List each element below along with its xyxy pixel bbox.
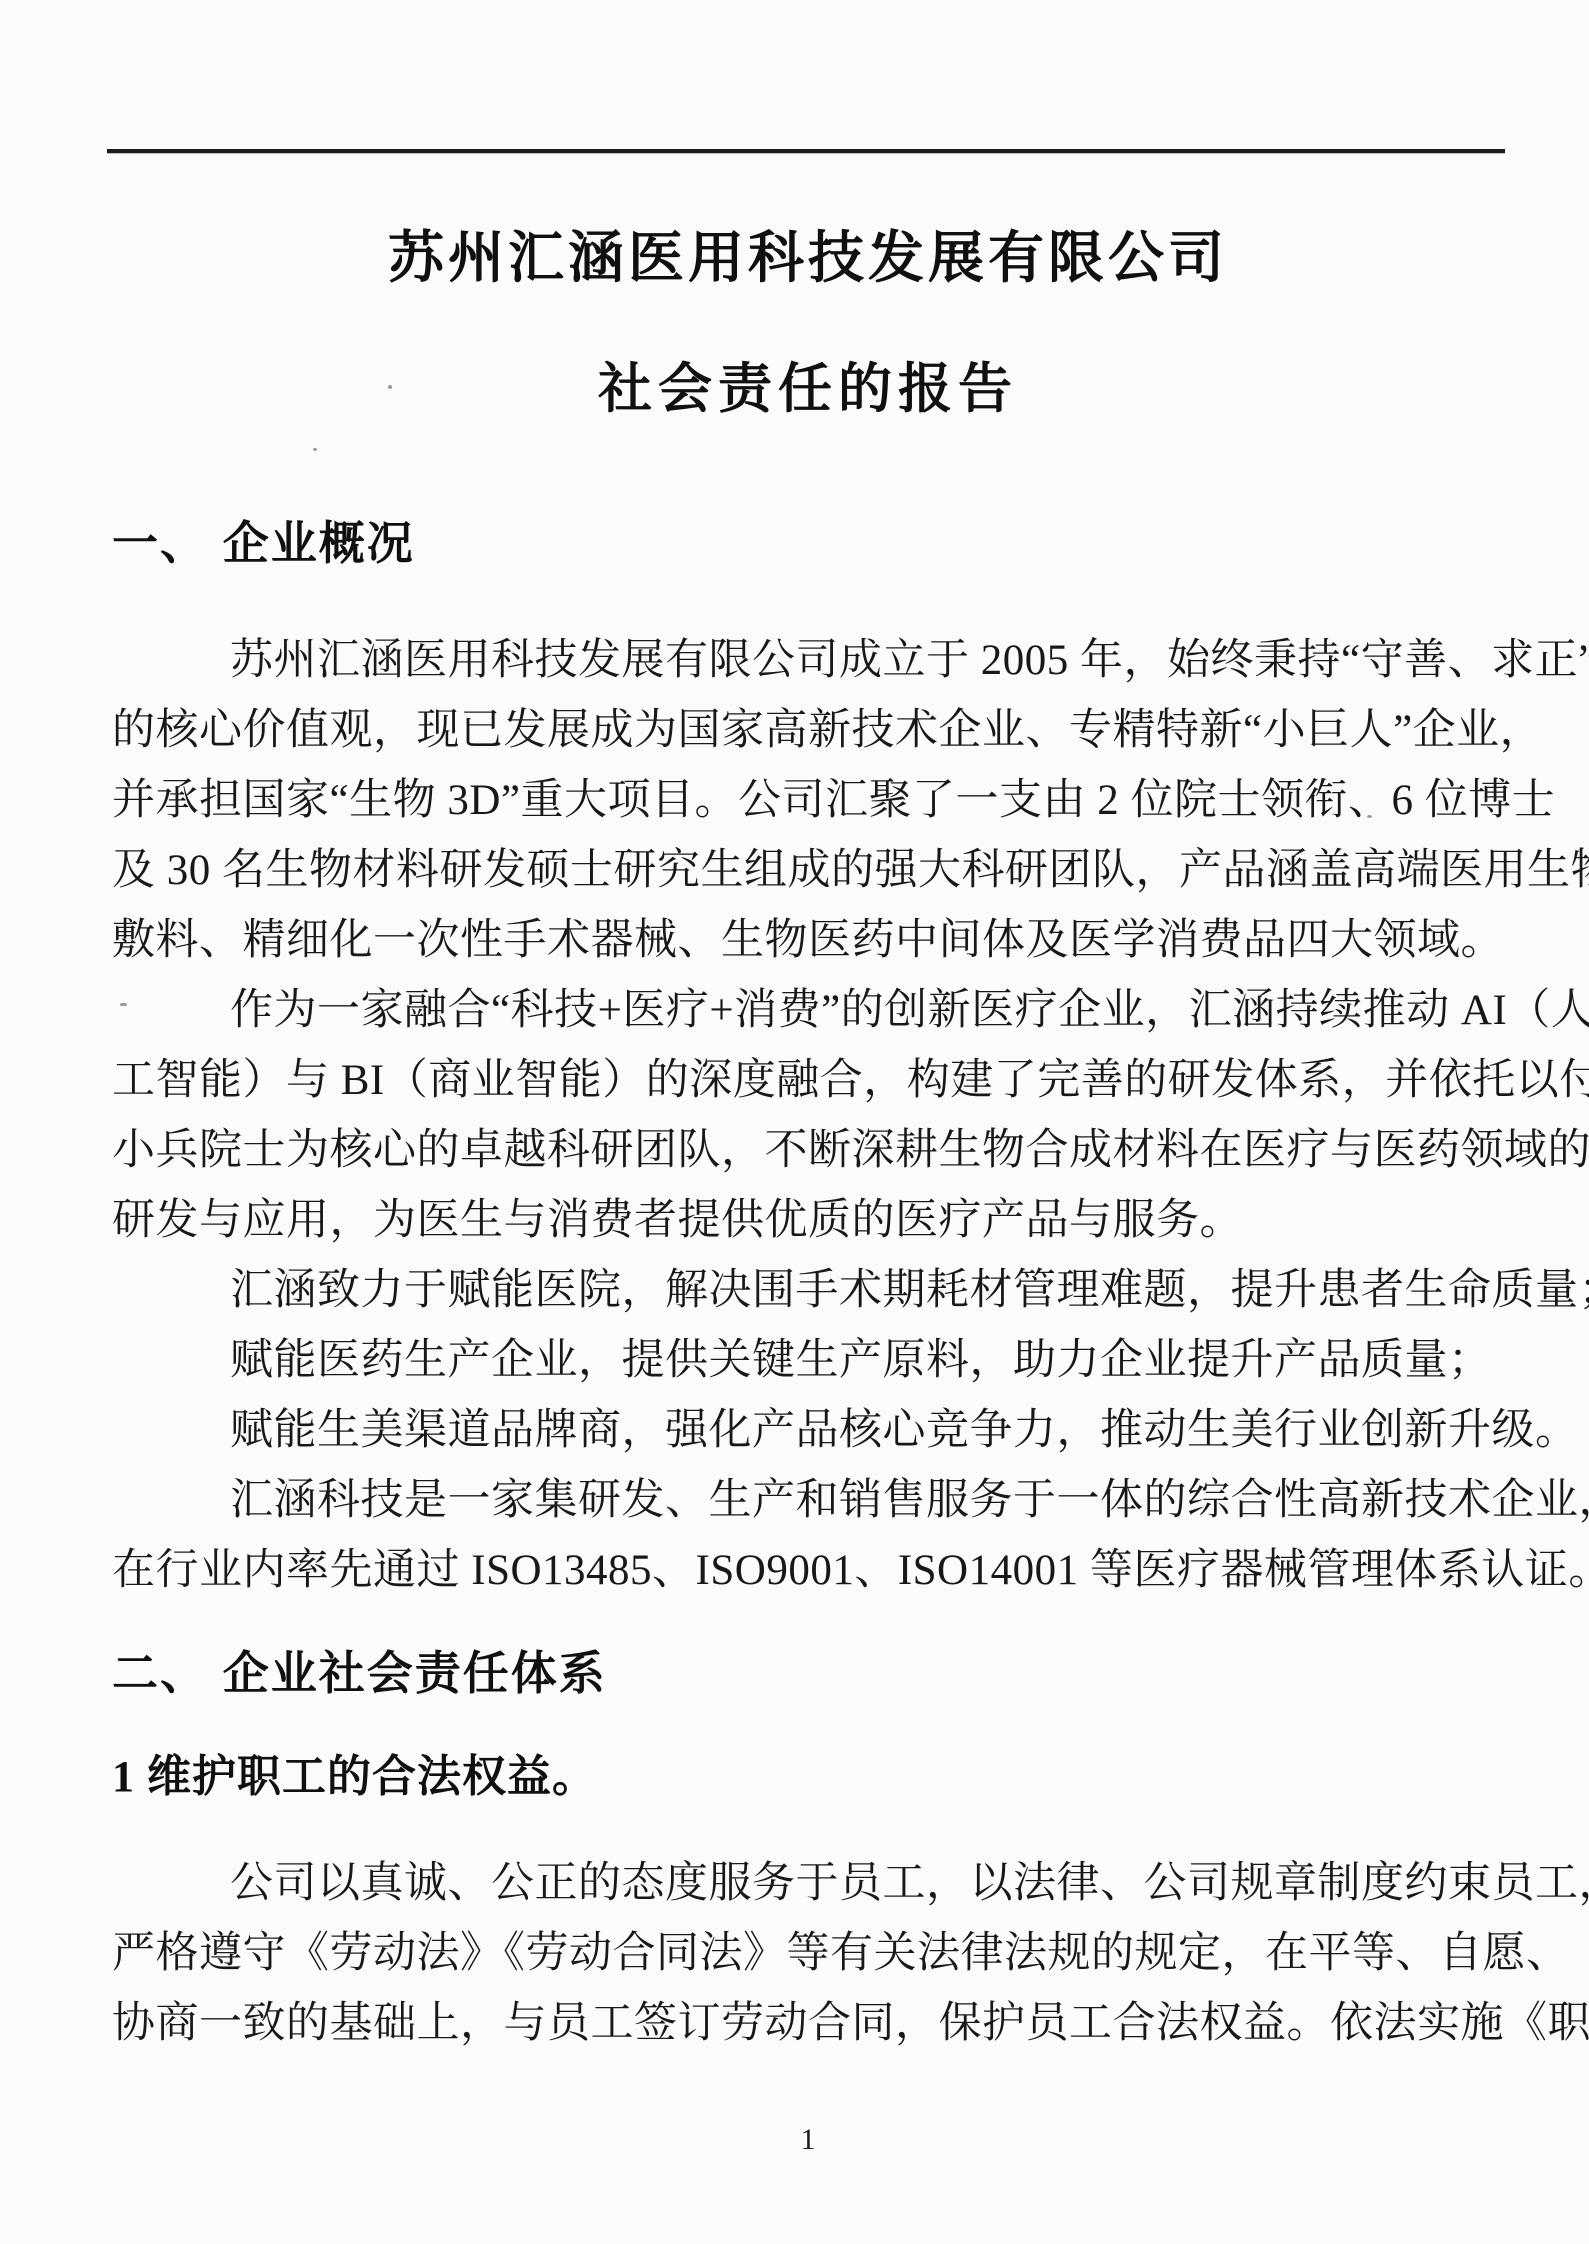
paragraph-line: 赋能生美渠道品牌商，强化产品核心竞争力，推动生美行业创新升级。 — [112, 1396, 1504, 1466]
page-content: 苏州汇涵医用科技发展有限公司 社会责任的报告 一、 企业概况 苏州汇涵医用科技发… — [112, 0, 1504, 2059]
page-number: 1 — [112, 2112, 1504, 2168]
header-rule — [107, 149, 1505, 153]
document-title: 苏州汇涵医用科技发展有限公司 — [112, 227, 1504, 289]
section-2-subheading-1: 1 维护职工的合法权益。 — [112, 1742, 1504, 1812]
document-subtitle: 社会责任的报告 — [112, 359, 1504, 419]
paragraph-employee-rights: 公司以真诚、公正的态度服务于员工，以法律、公司规章制度约束员工， 严格遵守《劳动… — [112, 1849, 1504, 2059]
paragraph-empowerment: 汇涵致力于赋能医院，解决围手术期耗材管理难题，提升患者生命质量； 赋能医药生产企… — [112, 1256, 1504, 1466]
body-text: 苏州汇涵医用科技发展有限公司成立于 2005 年，始终秉持“守善、求正” 的核心… — [112, 626, 1504, 2059]
paragraph-line: 严格遵守《劳动法》《劳动合同法》等有关法律法规的规定，在平等、自愿、 — [112, 1919, 1504, 1989]
paragraph-line: 研发与应用，为医生与消费者提供优质的医疗产品与服务。 — [112, 1186, 1504, 1256]
paragraph-company-overview: 苏州汇涵医用科技发展有限公司成立于 2005 年，始终秉持“守善、求正” 的核心… — [112, 626, 1504, 976]
paragraph-line: 小兵院士为核心的卓越科研团队，不断深耕生物合成材料在医疗与医药领域的 — [112, 1116, 1504, 1186]
paragraph-line: 协商一致的基础上，与员工签订劳动合同，保护员工合法权益。依法实施《职 — [112, 1989, 1504, 2059]
paragraph-line: 汇涵致力于赋能医院，解决围手术期耗材管理难题，提升患者生命质量； — [112, 1256, 1504, 1326]
section-2-heading: 二、 企业社会责任体系 — [112, 1638, 1504, 1708]
paragraph-line: 苏州汇涵医用科技发展有限公司成立于 2005 年，始终秉持“守善、求正” — [112, 626, 1504, 696]
paragraph-line: 并承担国家“生物 3D”重大项目。公司汇聚了一支由 2 位院士领衔、6 位博士 — [112, 766, 1504, 836]
paragraph-line: 作为一家融合“科技+医疗+消费”的创新医疗企业，汇涵持续推动 AI（人 — [112, 976, 1504, 1046]
paragraph-line: 汇涵科技是一家集研发、生产和销售服务于一体的综合性高新技术企业， — [112, 1466, 1504, 1536]
paragraph-line: 赋能医药生产企业，提供关键生产原料，助力企业提升产品质量； — [112, 1326, 1504, 1396]
scanned-report-page: { "title": "苏州汇涵医用科技发展有限公司", "subtitle":… — [0, 0, 1589, 2244]
paragraph-innovation: 作为一家融合“科技+医疗+消费”的创新医疗企业，汇涵持续推动 AI（人 工智能）… — [112, 976, 1504, 1256]
paragraph-line: 在行业内率先通过 ISO13485、ISO9001、ISO14001 等医疗器械… — [112, 1536, 1504, 1606]
paragraph-certifications: 汇涵科技是一家集研发、生产和销售服务于一体的综合性高新技术企业， 在行业内率先通… — [112, 1466, 1504, 1606]
paragraph-line: 及 30 名生物材料研发硕士研究生组成的强大科研团队，产品涵盖高端医用生物 — [112, 836, 1504, 906]
section-1-heading: 一、 企业概况 — [112, 518, 1504, 568]
paragraph-line: 的核心价值观，现已发展成为国家高新技术企业、专精特新“小巨人”企业， — [112, 696, 1504, 766]
paragraph-line: 工智能）与 BI（商业智能）的深度融合，构建了完善的研发体系，并依托以付 — [112, 1046, 1504, 1116]
paragraph-line: 敷料、精细化一次性手术器械、生物医药中间体及医学消费品四大领域。 — [112, 906, 1504, 976]
paragraph-line: 公司以真诚、公正的态度服务于员工，以法律、公司规章制度约束员工， — [112, 1849, 1504, 1919]
